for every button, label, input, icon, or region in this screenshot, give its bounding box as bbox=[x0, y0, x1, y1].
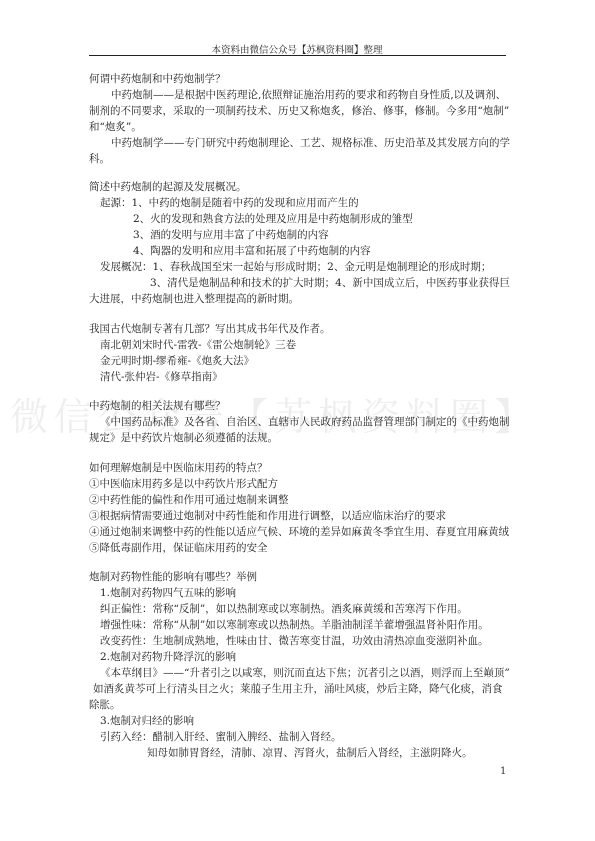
paragraph-line: 规定》是中药饮片炮制必须遵循的法规。 bbox=[89, 432, 278, 445]
paragraph-line: 中药炮制——是根据中医药理论,依照辩证施治用药的要求和药物自身性质,以及调剂、 bbox=[111, 89, 506, 102]
paragraph-line: 改变药性：生地制成熟地，性味由甘、微苦寒变甘温，功效由清热凉血变滋阴补血。 bbox=[100, 635, 489, 648]
paragraph-line: 《本草纲目》——“升者引之以咸寒，则沉而直达下焦；沉者引之以酒，则浮而上至巅顶” bbox=[100, 667, 510, 680]
question-heading: 何谓中药炮制和中药炮制学？ bbox=[89, 73, 226, 86]
paragraph-line: 中药炮制学——专门研究中药炮制理论、工艺、规格标准、历史沿革及其发展方向的学 bbox=[111, 137, 510, 150]
paragraph-line: 起源：1、中药的炮制是随着中药的发现和应用而产生的 bbox=[100, 197, 359, 210]
paragraph-line: 南北朝刘宋时代-雷敩-《雷公炮制轮》三卷 bbox=[100, 339, 296, 352]
question-heading: 如何理解炮制是中医临床用药的特点？ bbox=[89, 462, 268, 475]
paragraph-line: 和“炮炙”。 bbox=[89, 121, 142, 134]
paragraph-line: 《中国药品标准》及各省、自治区、直辖市人民政府药品监督管理部门制定的《中药炮制 bbox=[100, 416, 510, 429]
question-heading: 炮制对药物性能的影响有哪些？举例 bbox=[89, 571, 257, 584]
list-item: ③根据病情需要通过炮制对中药性能和作用进行调整，以适应临床治疗的要求 bbox=[89, 510, 446, 523]
paragraph-line: 除胀。 bbox=[89, 699, 121, 712]
list-item: ④通过炮制来调整中药的性能以适应气候、环境的差异如麻黄冬季宜生用、春夏宜用麻黄绒 bbox=[89, 526, 509, 539]
paragraph-line: 3、清代是炮制品种和技术的扩大时期；4、新中国成立后，中医药事业获得巨 bbox=[150, 277, 510, 290]
paragraph-line: 4、陶器的发明和应用丰富和拓展了中药炮制的内容 bbox=[133, 245, 371, 258]
paragraph-line: 制剂的不同要求，采取的一项制药技术、历史又称炮炙，修治、修事，修制。今多用“炮制… bbox=[89, 105, 509, 118]
question-heading: 我国古代炮制专著有几部？写出其成书年代及作者。 bbox=[89, 323, 331, 336]
question-heading: 简述中药炮制的起源及发展概况。 bbox=[89, 181, 247, 194]
question-heading: 中药炮制的相关法规有哪些？ bbox=[89, 400, 226, 413]
paragraph-line: 清代-张仲岩-《修草指南》 bbox=[100, 371, 223, 384]
paragraph-line: 如酒炙黄芩可上行清头目之火；莱菔子生用主升，涌吐风痰，炒后主降，降气化痰，消食 bbox=[93, 683, 503, 696]
list-item: ②中药性能的偏性和作用可通过炮制来调整 bbox=[89, 494, 289, 507]
paragraph-line: 发展概况：1、春秋战国至宋一起始与形成时期；2、金元明是炮制理论的形成时期； bbox=[100, 261, 491, 274]
subheading: 2.炮制对药物升降浮沉的影响 bbox=[100, 651, 236, 664]
paragraph-line: 大进展，中药炮制也进入整理提高的新时期。 bbox=[89, 293, 299, 306]
paragraph-line: 引药入经：醋制入肝经、蜜制入脾经、盐制入肾经。 bbox=[100, 731, 342, 744]
list-item: ⑤降低毒副作用，保证临床用药的安全 bbox=[89, 542, 268, 555]
list-item: ①中医临床用药多是以中药饮片形式配方 bbox=[89, 478, 278, 491]
paragraph-line: 3、酒的发明与应用丰富了中药炮制的内容 bbox=[133, 229, 329, 242]
paragraph-line: 增强性味：常称“从制”如以寒制寒或以热制热。羊脂油制淫羊藿增强温肾补阳作用。 bbox=[100, 619, 489, 632]
subheading: 3.炮制对归经的影响 bbox=[100, 715, 194, 728]
paragraph-line: 金元明时期-缪希雍-《炮炙大法》 bbox=[100, 355, 254, 368]
paragraph-line: 2、火的发现和熟食方法的处理及应用是中药炮制形成的雏型 bbox=[133, 213, 413, 226]
subheading: 1.炮制对药物四气五味的影响 bbox=[100, 587, 236, 600]
paragraph-line: 知母如肺胃肾经，清肺、凉胃、泻肾火，盐制后入肾经，主滋阴降火。 bbox=[147, 747, 473, 760]
paragraph-line: 纠正偏性：常称“反制”，如以热制寒或以寒制热。酒炙麻黄缓和苦寒泻下作用。 bbox=[100, 603, 468, 616]
header-divider bbox=[89, 55, 506, 56]
page-header: 本资料由微信公众号【苏枫资料圈】整理 bbox=[89, 42, 505, 56]
page-number: 1 bbox=[500, 766, 506, 777]
paragraph-line: 科。 bbox=[89, 153, 110, 166]
